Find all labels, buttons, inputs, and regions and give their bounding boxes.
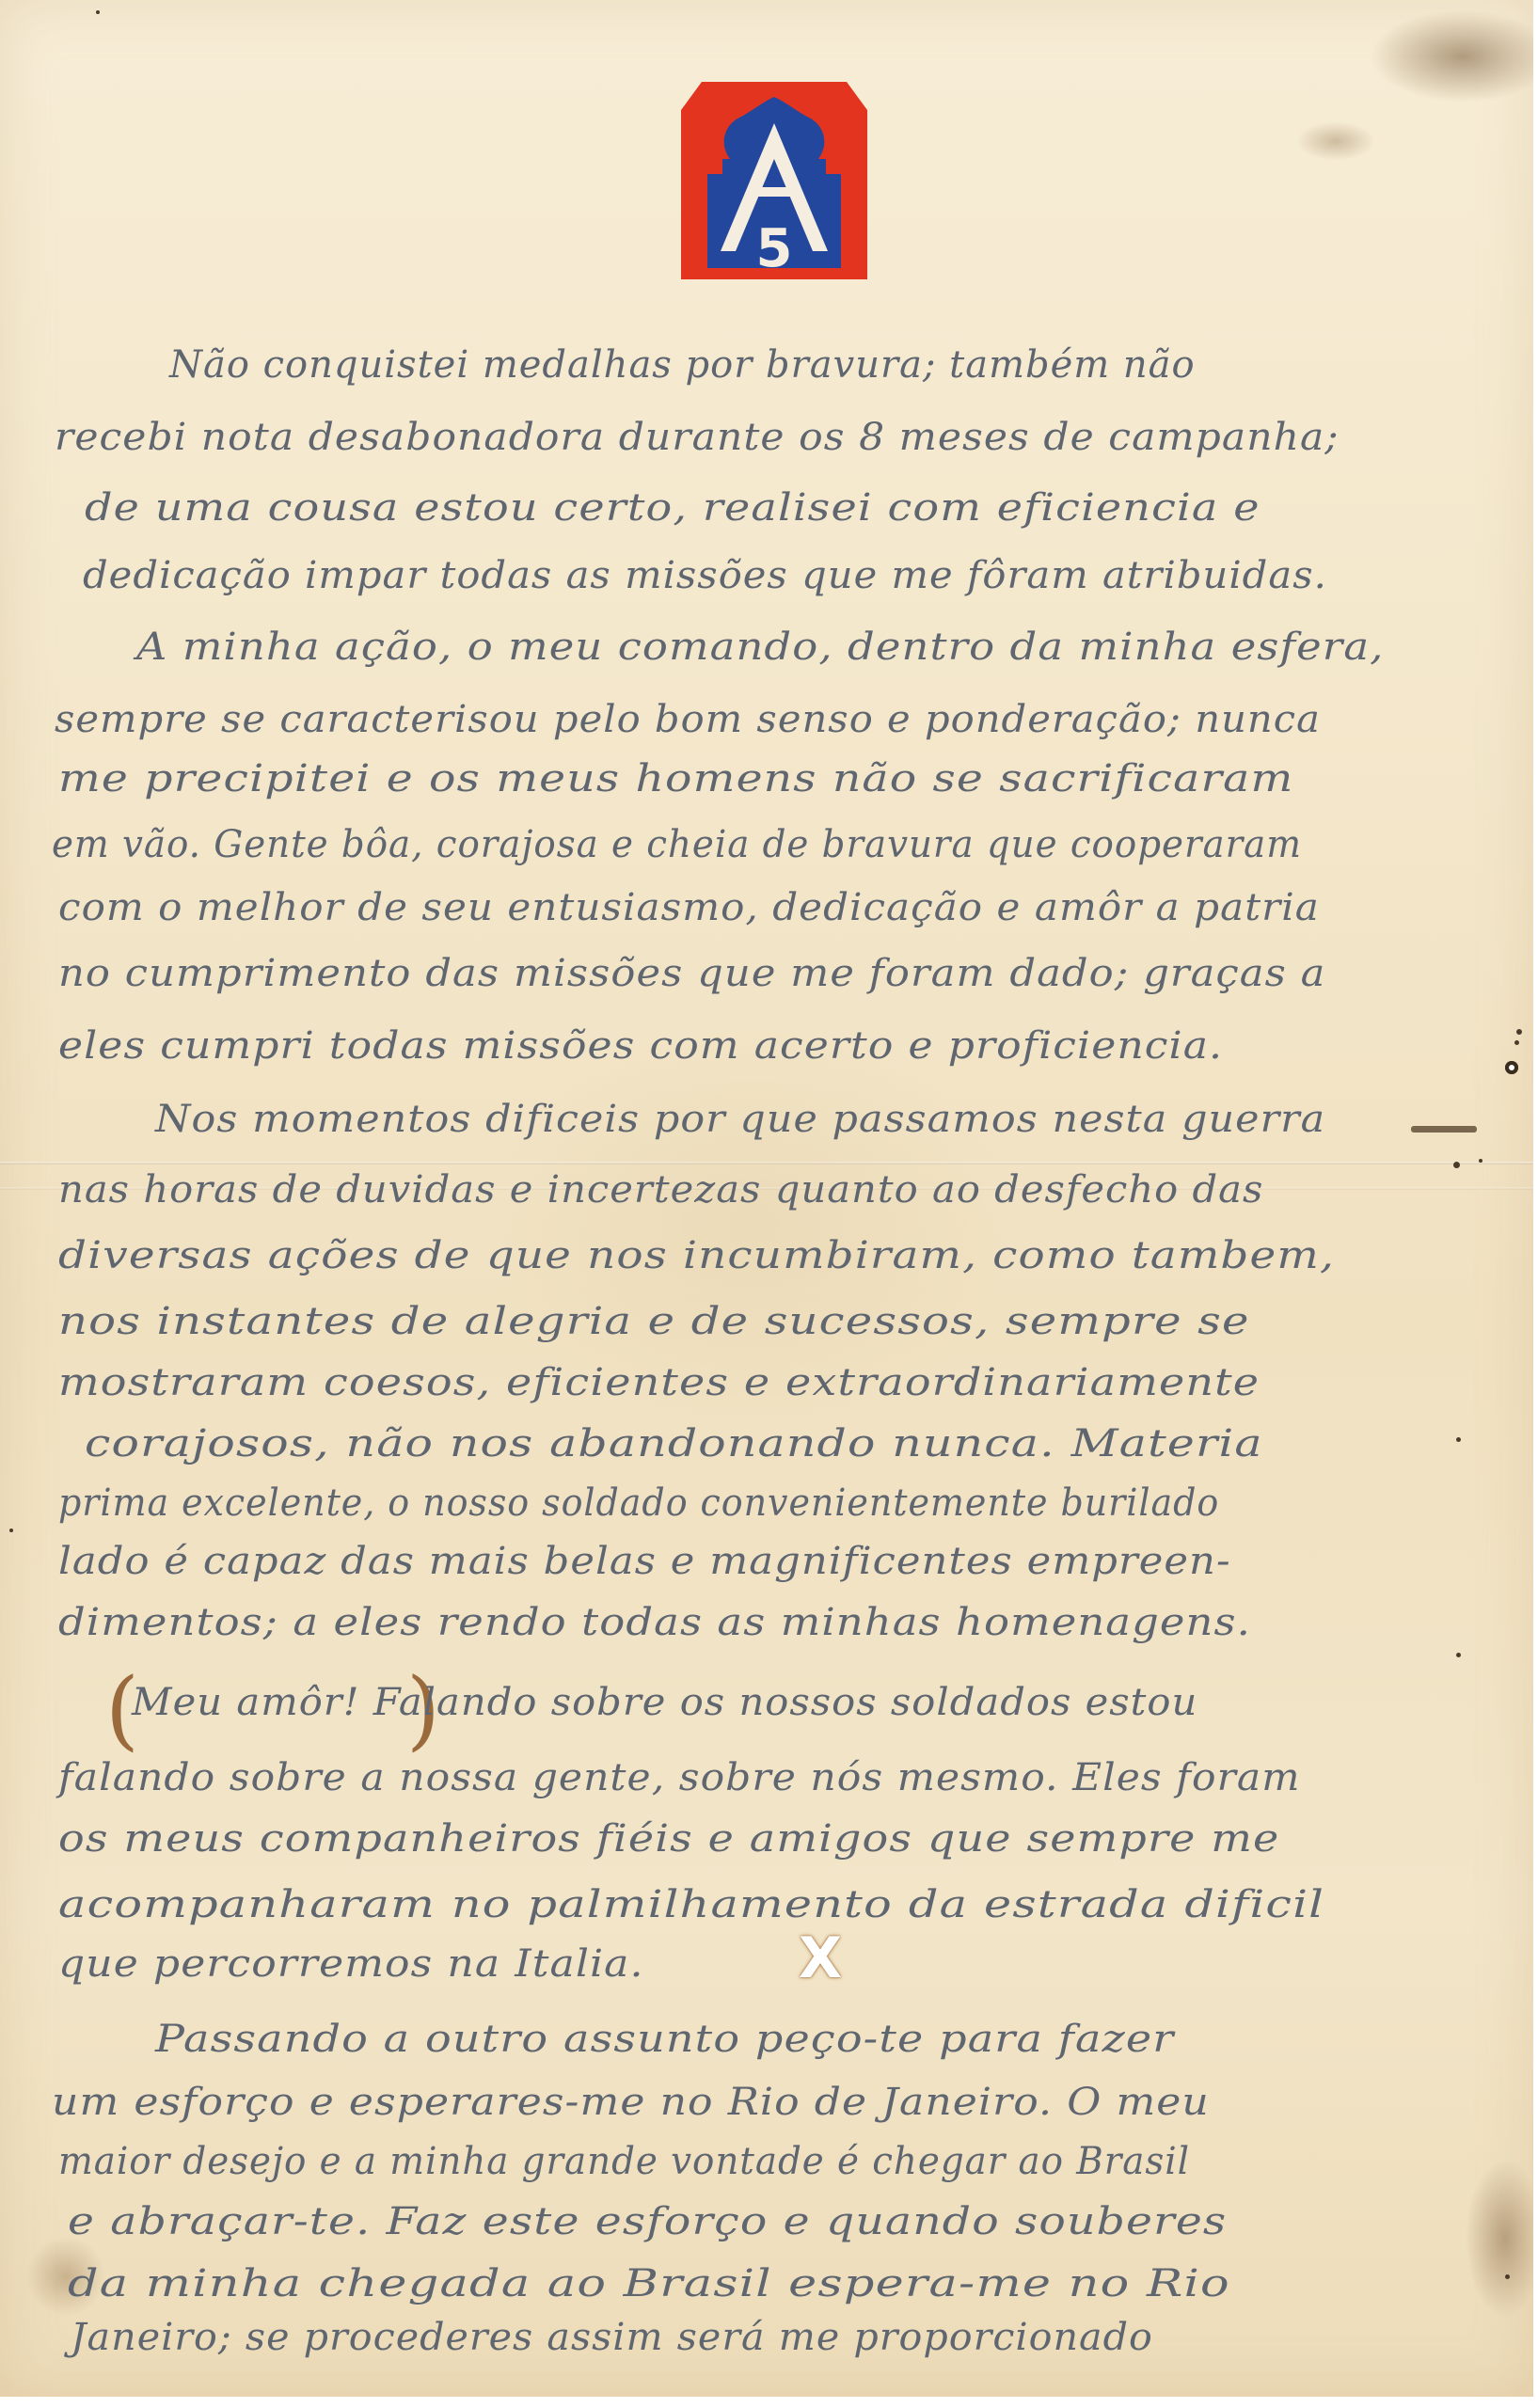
letter-line: diversas ações de que nos incumbiram, co… bbox=[58, 1237, 1335, 1275]
letter-line: nos instantes de alegria e de sucessos, … bbox=[58, 1303, 1250, 1340]
emblem-number: 5 bbox=[756, 218, 793, 279]
letter-line: corajosos, não nos abandonando nunca. Ma… bbox=[85, 1425, 1263, 1463]
letter-line: nas horas de duvidas e incertezas quanto… bbox=[58, 1171, 1263, 1209]
letter-line: dimentos; a eles rendo todas as minhas h… bbox=[58, 1604, 1251, 1641]
letter-line: mostraram coesos, eficientes e extraordi… bbox=[58, 1364, 1260, 1402]
letter-line: e abraçar-te. Faz este esforço e quando … bbox=[68, 2203, 1227, 2241]
letter-line: lado é capaz das mais belas e magnificen… bbox=[58, 1543, 1231, 1580]
ink-spot bbox=[1456, 1437, 1461, 1442]
letter-line: me precipitei e os meus homens não se sa… bbox=[58, 760, 1293, 798]
cutout-x-mark: X bbox=[795, 1930, 846, 1987]
letter-line: acompanharam no palmilhamento da estrada… bbox=[58, 1886, 1324, 1924]
ink-spot bbox=[96, 10, 100, 14]
ink-smear bbox=[1411, 1126, 1477, 1133]
letter-line: falando sobre a nossa gente, sobre nós m… bbox=[58, 1759, 1301, 1797]
letter-line: no cumprimento das missões que me foram … bbox=[58, 955, 1326, 992]
letter-line: A minha ação, o meu comando, dentro da m… bbox=[136, 628, 1385, 666]
letter-line: prima excelente, o nosso soldado conveni… bbox=[58, 1484, 1219, 1522]
letter-line: em vão. Gente bôa, corajosa e cheia de b… bbox=[52, 826, 1302, 863]
letter-line: um esforço e esperares-me no Rio de Jane… bbox=[52, 2083, 1210, 2121]
letter-line: Janeiro; se procederes assim será me pro… bbox=[71, 2319, 1153, 2356]
letter-line: sempre se caracterisou pelo bom senso e … bbox=[55, 701, 1321, 738]
letter-line: recebi nota desabonadora durante os 8 me… bbox=[55, 419, 1340, 456]
letter-line: Passando a outro assunto peço-te para fa… bbox=[155, 2020, 1174, 2058]
letter-line: os meus companheiros fiéis e amigos que … bbox=[58, 1820, 1279, 1858]
letter-line: maior desejo e a minha grande vontade é … bbox=[58, 2143, 1190, 2180]
fifth-army-emblem-icon: 5 bbox=[681, 82, 867, 279]
ink-spot bbox=[1505, 2274, 1510, 2279]
letter-line: Não conquistei medalhas por bravura; tam… bbox=[169, 346, 1196, 384]
ink-spot bbox=[9, 1529, 13, 1532]
letter-line: que percorremos na Italia. bbox=[58, 1945, 644, 1983]
letter-line: eles cumpri todas missões com acerto e p… bbox=[58, 1027, 1223, 1065]
letter-line: com o melhor de seu entusiasmo, dedicaçã… bbox=[58, 889, 1320, 927]
paper-fold-crease bbox=[0, 1162, 1533, 1164]
letter-line: Meu amôr! Falando sobre os nossos soldad… bbox=[132, 1684, 1197, 1721]
ink-spot bbox=[1479, 1159, 1483, 1163]
letter-line: dedicação impar todas as missões que me … bbox=[83, 557, 1327, 594]
letter-paper: 5 Não conquistei medalhas por bravura; t… bbox=[0, 0, 1533, 2397]
ink-spot bbox=[1456, 1653, 1461, 1657]
letter-line: da minha chegada ao Brasil espera-me no … bbox=[68, 2265, 1230, 2303]
ink-spot bbox=[1516, 1029, 1522, 1035]
ink-spot bbox=[1453, 1162, 1460, 1168]
letter-line: Nos momentos dificeis por que passamos n… bbox=[155, 1101, 1325, 1138]
ink-spot bbox=[1514, 1040, 1519, 1045]
letter-line: de uma cousa estou certo, realisei com e… bbox=[85, 489, 1261, 527]
burn-hole-center bbox=[1509, 1065, 1514, 1070]
